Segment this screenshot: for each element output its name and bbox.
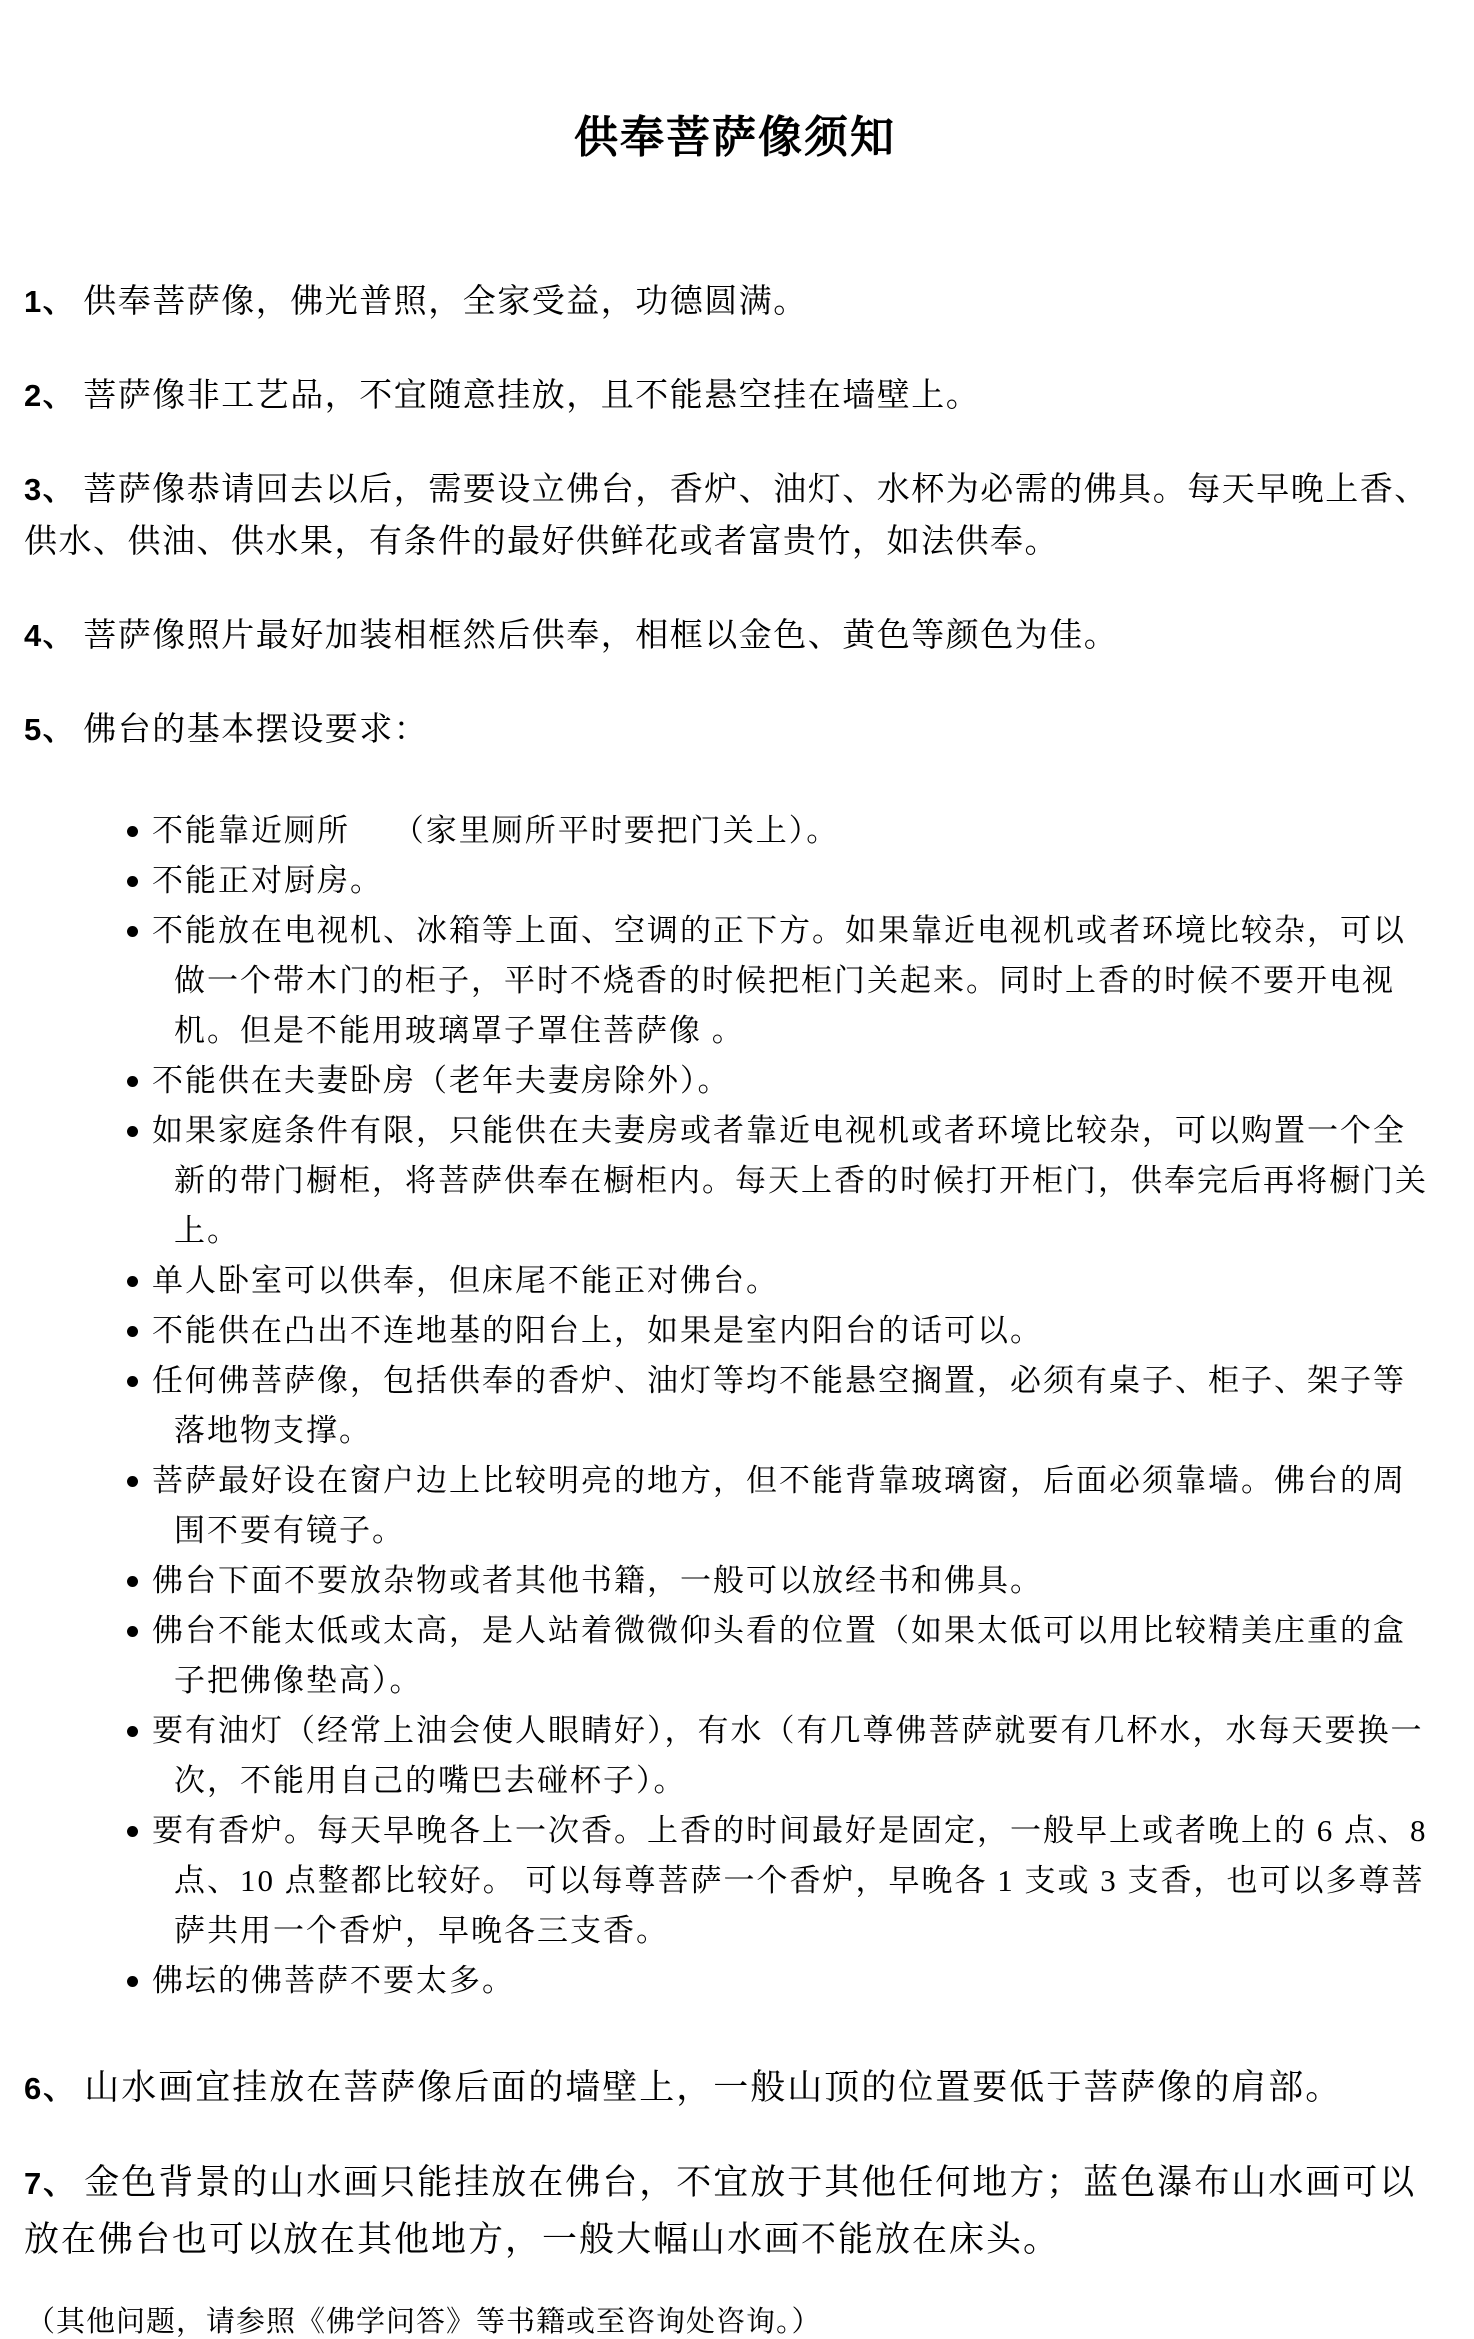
bullet-text: 单人卧室可以供奉，但床尾不能正对佛台。 (152, 1263, 779, 1298)
bullet-item: 佛台不能太低或太高，是人站着微微仰头看的位置（如果太低可以用比较精美庄重的盒子把… (24, 1606, 1446, 1706)
item-number: 4、 (24, 618, 75, 653)
bullet-text: 佛台不能太低或太高，是人站着微微仰头看的位置（如果太低可以用比较精美庄重的盒子把… (152, 1613, 1406, 1698)
bullet-item: 要有香炉。每天早晚各上一次香。上香的时间最好是固定，一般早上或者晚上的 6 点、… (24, 1806, 1446, 1956)
item-number: 3、 (24, 472, 75, 507)
bullet-text: 菩萨最好设在窗户边上比较明亮的地方，但不能背靠玻璃窗，后面必须靠墙。佛台的周围不… (152, 1463, 1406, 1548)
bullet-item: 不能靠近厕所 （家里厕所平时要把门关上）。 (24, 806, 1446, 856)
item-text: 金色背景的山水画只能挂放在佛台，不宜放于其他任何地方；蓝色瀑布山水画可以放在佛台… (24, 2163, 1416, 2259)
numbered-item-6: 6、山水画宜挂放在菩萨像后面的墙壁上，一般山顶的位置要低于菩萨像的肩部。 (24, 2060, 1440, 2117)
document-page: 供奉菩萨像须知 1、供奉菩萨像，佛光普照，全家受益，功德圆满。 2、菩萨像非工艺… (0, 0, 1474, 2339)
numbered-item-7: 7、金色背景的山水画只能挂放在佛台，不宜放于其他任何地方；蓝色瀑布山水画可以放在… (24, 2155, 1440, 2268)
item-number: 7、 (24, 2166, 76, 2201)
item-text: 佛台的基本摆设要求： (83, 712, 428, 748)
bullet-item: 佛坛的佛菩萨不要太多。 (24, 1956, 1446, 2006)
bullet-text: 不能放在电视机、冰箱等上面、空调的正下方。如果靠近电视机或者环境比较杂，可以做一… (152, 913, 1406, 1048)
bullet-text: 任何佛菩萨像，包括供奉的香炉、油灯等均不能悬空搁置，必须有桌子、柜子、架子等落地… (152, 1363, 1406, 1448)
bullet-item: 不能放在电视机、冰箱等上面、空调的正下方。如果靠近电视机或者环境比较杂，可以做一… (24, 906, 1446, 1056)
bullet-item: 不能供在凸出不连地基的阳台上，如果是室内阳台的话可以。 (24, 1306, 1446, 1356)
item-number: 1、 (24, 284, 75, 319)
bullet-text: 要有油灯（经常上油会使人眼睛好），有水（有几尊佛菩萨就要有几杯水，水每天要换一次… (152, 1713, 1424, 1798)
bullet-text: 不能正对厨房。 (152, 863, 383, 898)
bullet-item: 佛台下面不要放杂物或者其他书籍，一般可以放经书和佛具。 (24, 1556, 1446, 1606)
bullet-item: 单人卧室可以供奉，但床尾不能正对佛台。 (24, 1256, 1446, 1306)
bullet-item: 任何佛菩萨像，包括供奉的香炉、油灯等均不能悬空搁置，必须有桌子、柜子、架子等落地… (24, 1356, 1446, 1456)
item-number: 5、 (24, 712, 75, 747)
numbered-item-1: 1、供奉菩萨像，佛光普照，全家受益，功德圆满。 (24, 276, 1440, 328)
item-text: 菩萨像非工艺品，不宜随意挂放，且不能悬空挂在墙壁上。 (83, 378, 980, 414)
bullet-item: 要有油灯（经常上油会使人眼睛好），有水（有几尊佛菩萨就要有几杯水，水每天要换一次… (24, 1706, 1446, 1806)
bullet-list: 不能靠近厕所 （家里厕所平时要把门关上）。 不能正对厨房。 不能放在电视机、冰箱… (24, 806, 1446, 2006)
bullet-text: 佛台下面不要放杂物或者其他书籍，一般可以放经书和佛具。 (152, 1563, 1043, 1598)
bullet-item: 不能供在夫妻卧房（老年夫妻房除外）。 (24, 1056, 1446, 1106)
page-title: 供奉菩萨像须知 (24, 112, 1446, 164)
numbered-item-3: 3、菩萨像恭请回去以后，需要设立佛台，香炉、油灯、水杯为必需的佛具。每天早晚上香… (24, 464, 1440, 568)
item-text: 山水画宜挂放在菩萨像后面的墙壁上，一般山顶的位置要低于菩萨像的肩部。 (84, 2068, 1342, 2107)
bullet-item: 不能正对厨房。 (24, 856, 1446, 906)
bullet-text: 不能靠近厕所 （家里厕所平时要把门关上）。 (152, 813, 839, 848)
item-text: 供奉菩萨像，佛光普照，全家受益，功德圆满。 (83, 284, 808, 320)
bullet-text: 不能供在凸出不连地基的阳台上，如果是室内阳台的话可以。 (152, 1313, 1043, 1348)
item-number: 2、 (24, 378, 75, 413)
bullet-text: 要有香炉。每天早晚各上一次香。上香的时间最好是固定，一般早上或者晚上的 6 点、… (152, 1813, 1428, 1948)
numbered-item-5: 5、佛台的基本摆设要求： (24, 704, 1440, 756)
numbered-item-2: 2、菩萨像非工艺品，不宜随意挂放，且不能悬空挂在墙壁上。 (24, 370, 1440, 422)
bullet-item: 菩萨最好设在窗户边上比较明亮的地方，但不能背靠玻璃窗，后面必须靠墙。佛台的周围不… (24, 1456, 1446, 1556)
item-text: 菩萨像照片最好加装相框然后供奉，相框以金色、黄色等颜色为佳。 (83, 618, 1118, 654)
bullet-text: 佛坛的佛菩萨不要太多。 (152, 1963, 515, 1998)
footnote: （其他问题，请参照《佛学问答》等书籍或至咨询处咨询。） (26, 2300, 1446, 2339)
numbered-item-4: 4、菩萨像照片最好加装相框然后供奉，相框以金色、黄色等颜色为佳。 (24, 610, 1440, 662)
bullet-item: 如果家庭条件有限，只能供在夫妻房或者靠近电视机或者环境比较杂，可以购置一个全新的… (24, 1106, 1446, 1256)
item-text: 菩萨像恭请回去以后，需要设立佛台，香炉、油灯、水杯为必需的佛具。每天早晚上香、供… (24, 472, 1429, 560)
item-number: 6、 (24, 2071, 76, 2106)
bullet-text: 不能供在夫妻卧房（老年夫妻房除外）。 (152, 1063, 731, 1098)
bullet-text: 如果家庭条件有限，只能供在夫妻房或者靠近电视机或者环境比较杂，可以购置一个全新的… (152, 1113, 1428, 1248)
